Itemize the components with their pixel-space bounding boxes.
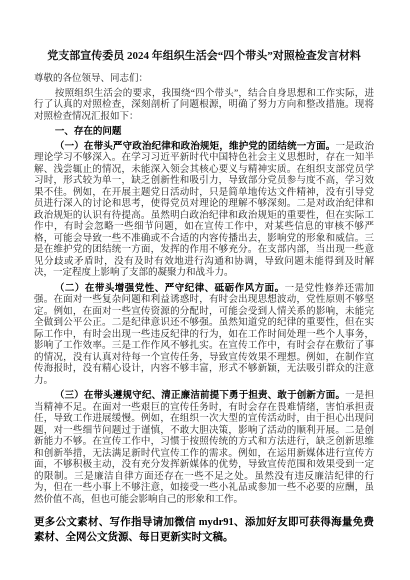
subsection-3-body: 一是担当精神不足。在面对一些艰巨的宣传任务时，有时会存在畏难情绪，害怕承担责任，…: [34, 391, 374, 505]
section-heading-problems: 一、存在的问题: [34, 127, 374, 139]
subsection-paragraph-3: （三）在带头遵规守纪、清正廉洁前提下勇于担责、敢于创新方面。一是担当精神不足。在…: [34, 391, 374, 506]
footer-promo-text: 更多公文素材、写作指导请加微信 mydr91、添加好友即可获得海量免费素材、全网…: [34, 515, 374, 545]
document-title: 党支部宣传委员 2024 年组织生活会“四个带头”对照检查发言材料: [45, 46, 363, 67]
subsection-1-lead: （一）在带头严守政治纪律和政治规矩，维护党的团结统一方面。: [55, 142, 336, 152]
document-page: 党支部宣传委员 2024 年组织生活会“四个带头”对照检查发言材料 尊敬的各位领…: [0, 0, 410, 580]
subsection-2-body: 一是党性修养还需加强。在面对一些复杂问题和利益诱惑时，有时会出现思想波动，党性原…: [34, 284, 374, 386]
subsection-2-lead: （二）在带头增强党性、严守纪律、砥砺作风方面。: [55, 284, 285, 294]
subsection-1-body: 一是政治理论学习不够深入。在学习习近平新时代中国特色社会主义思想时，存在一知半解…: [34, 142, 374, 279]
subsection-paragraph-2: （二）在带头增强党性、严守纪律、砥砺作风方面。一是党性修养还需加强。在面对一些复…: [34, 284, 374, 388]
subsection-paragraph-1: （一）在带头严守政治纪律和政治规矩，维护党的团结统一方面。一是政治理论学习不够深…: [34, 142, 374, 280]
subsection-3-lead: （三）在带头遵规守纪、清正廉洁前提下勇于担责、敢于创新方面。: [55, 391, 345, 401]
greeting-line: 尊敬的各位领导、同志们：: [34, 74, 374, 86]
intro-paragraph: 按照组织生活会的要求，我围绕“四个带头”，结合自身思想和工作实际，进行了认真的对…: [34, 89, 374, 124]
